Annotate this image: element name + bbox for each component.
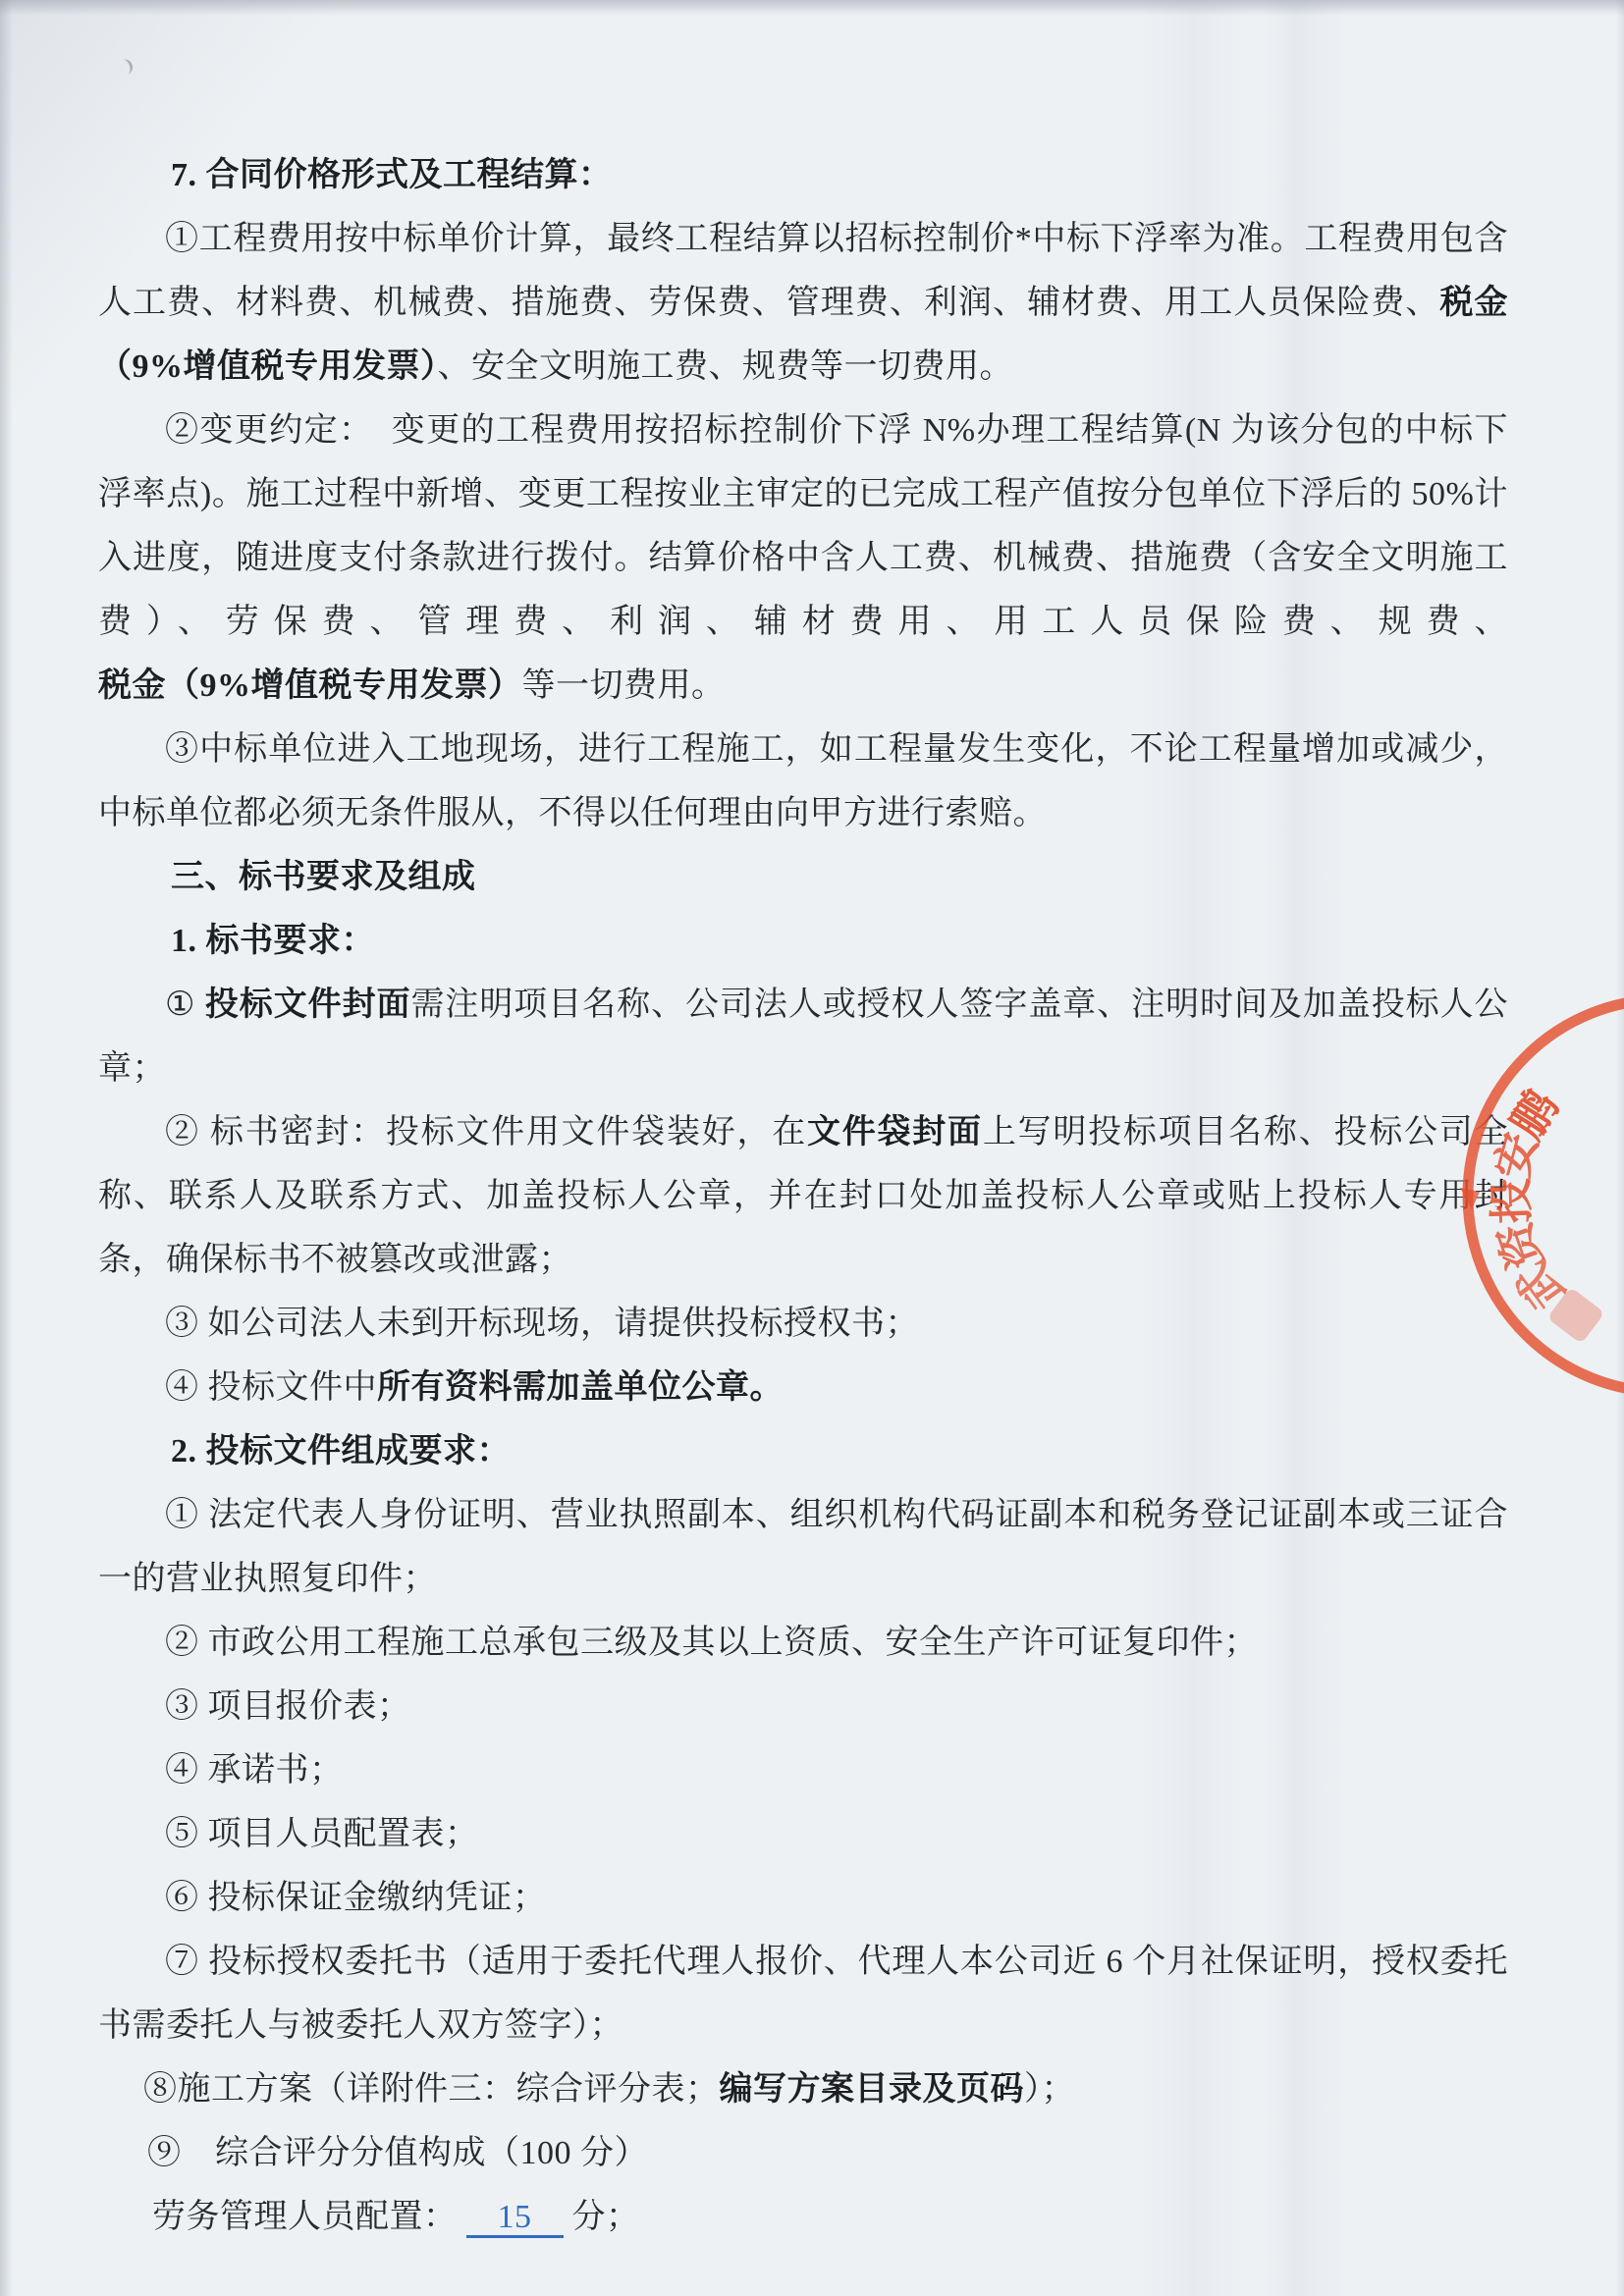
bid-requirement-2: ② 标书密封：投标文件用文件袋装好，在文件袋封面上写明投标项目名称、投标公司全称… bbox=[98, 1100, 1508, 1292]
text-run: ⑤ 项目人员配置表； bbox=[165, 1816, 479, 1852]
text-run: ① bbox=[165, 987, 205, 1023]
text-run: ② 市政公用工程施工总承包三级及其以上资质、安全生产许可证复印件； bbox=[165, 1625, 1258, 1661]
text-run: ④ 投标文件中 bbox=[165, 1369, 377, 1406]
seal-char: 投 bbox=[1485, 1178, 1538, 1225]
text-run: 投标文件封面 bbox=[205, 987, 411, 1023]
text-run: ⑧施工方案（详附件三：综合评分表； bbox=[143, 2071, 720, 2108]
bid-composition-5: ⑤ 项目人员配置表； bbox=[98, 1802, 1508, 1866]
text-run: 等一切费用。 bbox=[522, 667, 726, 704]
bid-composition-2: ② 市政公用工程施工总承包三级及其以上资质、安全生产许可证复印件； bbox=[98, 1611, 1508, 1675]
bid-composition-1: ① 法定代表人身份证明、营业执照副本、组织机构代码证副本和税务登记证副本或三证合… bbox=[98, 1483, 1508, 1611]
text-run: ③中标单位进入工地现场，进行工程施工，如工程量发生变化，不论工程量增加或减少，中… bbox=[98, 731, 1508, 831]
company-seal-stamp: 鹏 安 投 资 武 bbox=[1448, 980, 1624, 1412]
text-run: 文件袋封面 bbox=[807, 1114, 983, 1150]
bid-composition-6: ⑥ 投标保证金缴纳凭证； bbox=[98, 1866, 1508, 1930]
bid-composition-8: ⑧施工方案（详附件三：综合评分表；编写方案目录及页码）； bbox=[98, 2057, 1508, 2121]
section7-title: 7. 合同价格形式及工程结算： bbox=[98, 143, 1508, 207]
text-run: ③ 项目报价表； bbox=[165, 1688, 411, 1725]
text-run: ②变更约定： 变更的工程费用按招标控制价下浮 N%办理工程结算(N 为该分包的中… bbox=[98, 412, 1508, 640]
text-run: ③ 如公司法人未到开标现场，请提供投标授权书； bbox=[165, 1306, 919, 1342]
text-run: 三、标书要求及组成 bbox=[171, 859, 476, 895]
text-run: ④ 承诺书； bbox=[165, 1752, 344, 1789]
score-value: 15 bbox=[466, 2199, 564, 2238]
text-run: 分； bbox=[564, 2199, 640, 2235]
section7-item3: ③中标单位进入工地现场，进行工程施工，如工程量发生变化，不论工程量增加或减少，中… bbox=[98, 718, 1508, 845]
bid-requirement-4: ④ 投标文件中所有资料需加盖单位公章。 bbox=[98, 1356, 1508, 1419]
section7-item2: ②变更约定： 变更的工程费用按招标控制价下浮 N%办理工程结算(N 为该分包的中… bbox=[98, 399, 1508, 718]
text-run: 2. 投标文件组成要求： bbox=[171, 1433, 511, 1469]
text-run: 7. 合同价格形式及工程结算： bbox=[171, 157, 613, 193]
labor-management-score-line: 劳务管理人员配置： 15 分； bbox=[98, 2185, 1508, 2249]
text-run: ⑨ 综合评分分值构成（100 分） bbox=[147, 2135, 648, 2171]
bid-composition-title: 2. 投标文件组成要求： bbox=[98, 1419, 1508, 1483]
text-run: 所有资料需加盖单位公章。 bbox=[377, 1369, 784, 1406]
section7-item1: ①工程费用按中标单价计算，最终工程结算以招标控制价*中标下浮率为准。工程费用包含… bbox=[98, 207, 1508, 399]
text-run: 编写方案目录及页码 bbox=[720, 2071, 1025, 2108]
text-run: 、安全文明施工费、规费等一切费用。 bbox=[438, 348, 1014, 385]
section3-title: 三、标书要求及组成 bbox=[98, 845, 1508, 909]
text-run: ⑥ 投标保证金缴纳凭证； bbox=[165, 1880, 547, 1916]
bid-composition-7: ⑦ 投标授权委托书（适用于委托代理人报价、代理人本公司近 6 个月社保证明，授权… bbox=[98, 1930, 1508, 2057]
bid-requirement-3: ③ 如公司法人未到开标现场，请提供投标授权书； bbox=[98, 1292, 1508, 1356]
text-run: 劳务管理人员配置： bbox=[152, 2199, 466, 2235]
bid-requirement-1: ① 投标文件封面需注明项目名称、公司法人或授权人签字盖章、注明时间及加盖投标人公… bbox=[98, 973, 1508, 1100]
bid-composition-9: ⑨ 综合评分分值构成（100 分） bbox=[98, 2121, 1508, 2185]
text-run: ⑦ 投标授权委托书（适用于委托代理人报价、代理人本公司近 6 个月社保证明，授权… bbox=[98, 1944, 1508, 2044]
document-body: 7. 合同价格形式及工程结算： ①工程费用按中标单价计算，最终工程结算以招标控制… bbox=[98, 143, 1508, 2249]
text-run: ①工程费用按中标单价计算，最终工程结算以招标控制价*中标下浮率为准。工程费用包含… bbox=[98, 221, 1508, 321]
text-run: 税金（9%增值税专用发票） bbox=[98, 667, 522, 704]
text-run: ① 法定代表人身份证明、营业执照副本、组织机构代码证副本和税务登记证副本或三证合… bbox=[98, 1497, 1508, 1597]
bid-requirements-title: 1. 标书要求： bbox=[98, 909, 1508, 973]
text-run: ）； bbox=[1024, 2071, 1075, 2108]
scan-speck-mark bbox=[118, 57, 135, 76]
bid-composition-4: ④ 承诺书； bbox=[98, 1738, 1508, 1802]
text-run: 1. 标书要求： bbox=[171, 923, 375, 959]
document-page: 7. 合同价格形式及工程结算： ①工程费用按中标单价计算，最终工程结算以招标控制… bbox=[0, 0, 1624, 2296]
text-run: ② 标书密封：投标文件用文件袋装好，在 bbox=[165, 1114, 807, 1150]
bid-composition-3: ③ 项目报价表； bbox=[98, 1675, 1508, 1738]
